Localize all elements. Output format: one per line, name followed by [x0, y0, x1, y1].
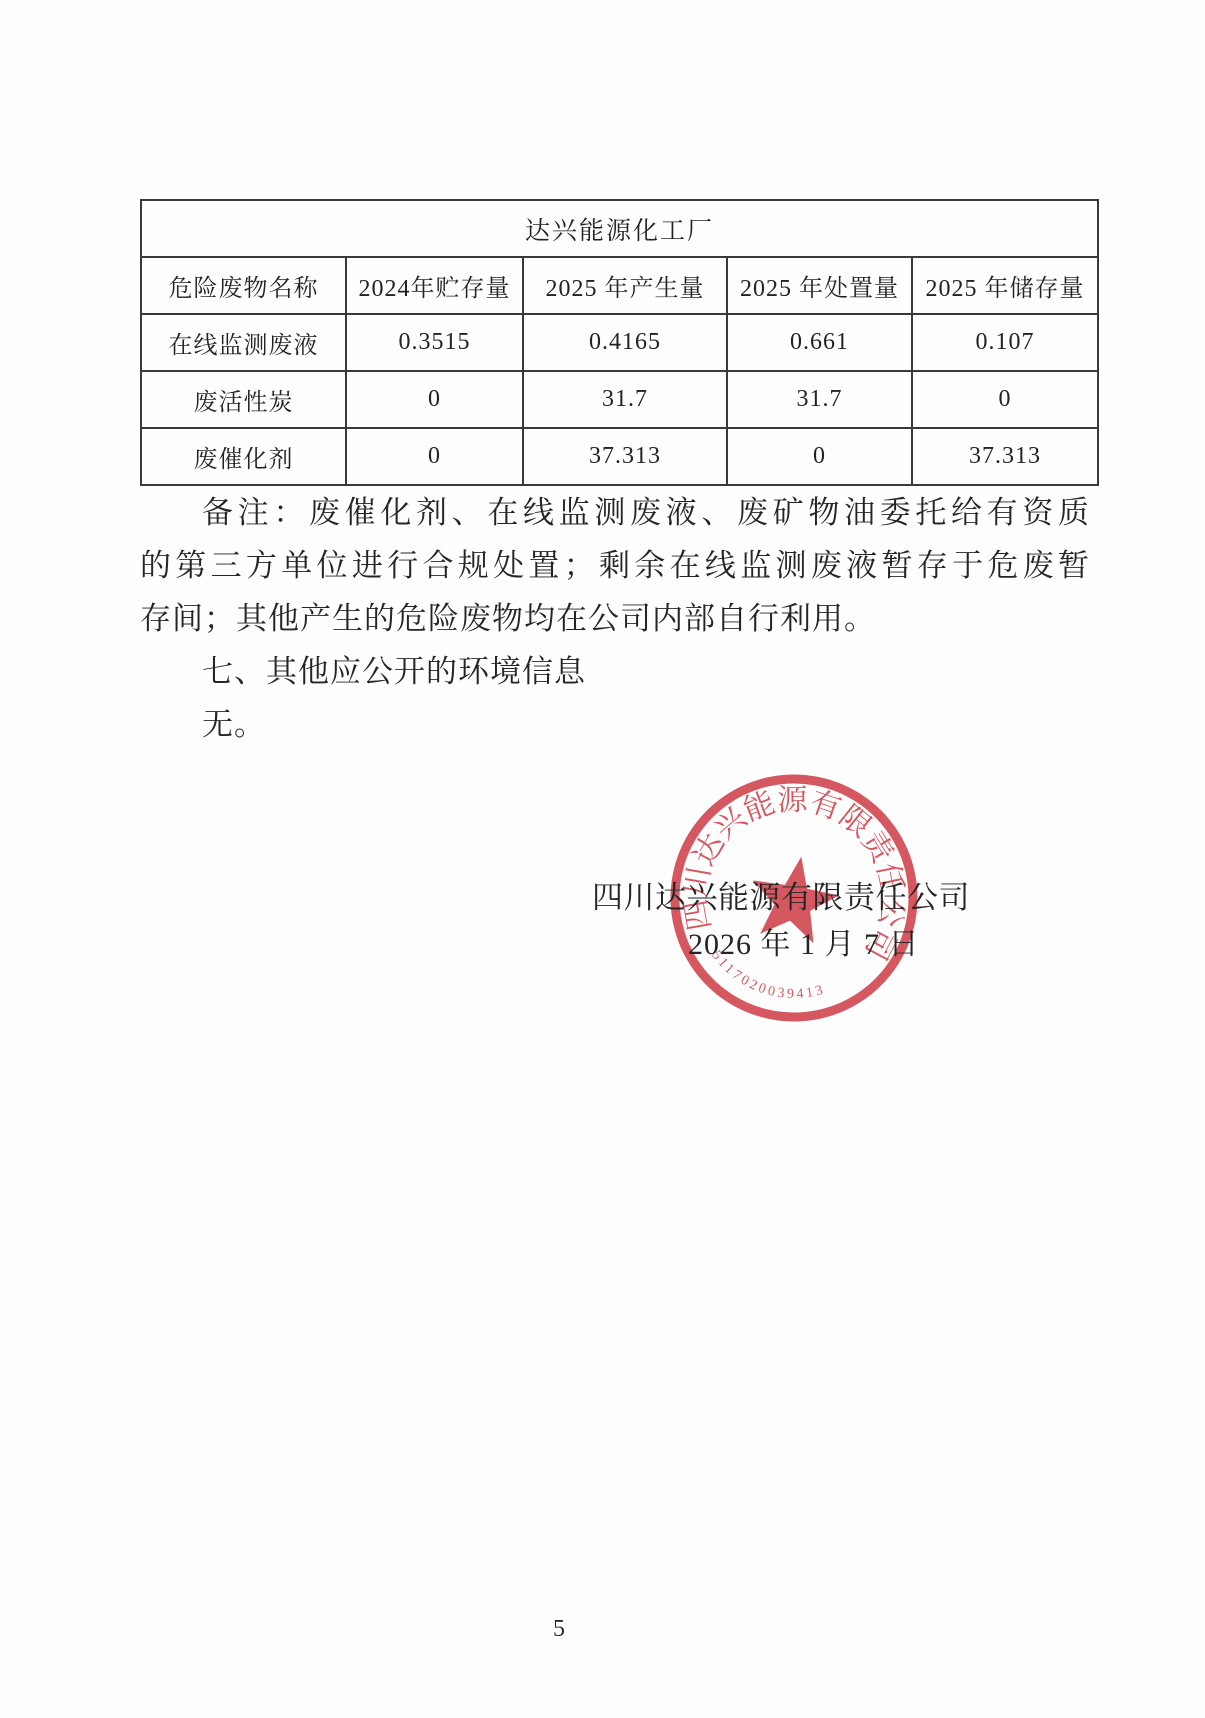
row-value: 0.661 — [727, 314, 912, 371]
document-page: 达兴能源化工厂 危险废物名称 2024年贮存量 2025 年产生量 2025 年… — [0, 0, 1205, 1718]
page-number: 5 — [0, 1616, 1118, 1643]
section-body: 无。 — [140, 698, 1090, 751]
row-value: 0 — [346, 371, 523, 428]
table-header-row: 危险废物名称 2024年贮存量 2025 年产生量 2025 年处置量 2025… — [141, 257, 1098, 314]
section-heading: 七、其他应公开的环境信息 — [140, 645, 1090, 698]
company-name: 四川达兴能源有限责任公司 — [592, 872, 970, 917]
row-value: 37.313 — [523, 428, 727, 485]
waste-table: 达兴能源化工厂 危险废物名称 2024年贮存量 2025 年产生量 2025 年… — [140, 199, 1099, 486]
table-title: 达兴能源化工厂 — [141, 200, 1098, 257]
row-value: 0.4165 — [523, 314, 727, 371]
column-header-2025-disposed: 2025 年处置量 — [727, 257, 912, 314]
row-name: 废催化剂 — [141, 428, 346, 485]
column-header-2025-stored: 2025 年储存量 — [912, 257, 1098, 314]
row-value: 37.313 — [912, 428, 1098, 485]
row-value: 0.107 — [912, 314, 1098, 371]
row-value: 0.3515 — [346, 314, 523, 371]
column-header-2024-storage: 2024年贮存量 — [346, 257, 523, 314]
table-title-row: 达兴能源化工厂 — [141, 200, 1098, 257]
table-row: 废催化剂 0 37.313 0 37.313 — [141, 428, 1098, 485]
row-name: 废活性炭 — [141, 371, 346, 428]
table-row: 废活性炭 0 31.7 31.7 0 — [141, 371, 1098, 428]
note-line-3: 存间；其他产生的危险废物均在公司内部自行利用。 — [140, 592, 1090, 645]
signature-date: 2026 年 1 月 7 日 — [688, 919, 920, 963]
row-value: 31.7 — [523, 371, 727, 428]
notes-block: 备注：废催化剂、在线监测废液、废矿物油委托给有资质 的第三方单位进行合规处置；剩… — [140, 486, 1090, 751]
row-value: 0 — [912, 371, 1098, 428]
column-header-name: 危险废物名称 — [141, 257, 346, 314]
note-line-2: 的第三方单位进行合规处置；剩余在线监测废液暂存于危废暂 — [140, 539, 1090, 592]
row-value: 31.7 — [727, 371, 912, 428]
row-value: 0 — [346, 428, 523, 485]
row-value: 0 — [727, 428, 912, 485]
column-header-2025-produced: 2025 年产生量 — [523, 257, 727, 314]
row-name: 在线监测废液 — [141, 314, 346, 371]
table-row: 在线监测废液 0.3515 0.4165 0.661 0.107 — [141, 314, 1098, 371]
note-line-1: 备注：废催化剂、在线监测废液、废矿物油委托给有资质 — [140, 486, 1090, 539]
